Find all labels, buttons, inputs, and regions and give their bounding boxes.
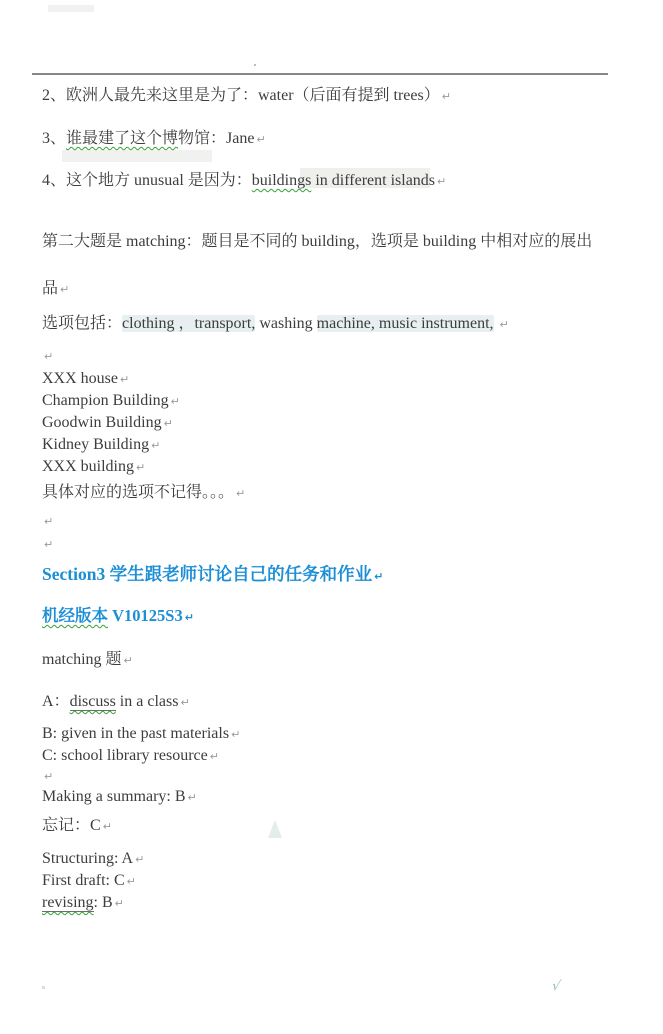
return-mark-icon: ↵ xyxy=(118,373,129,386)
matching-paragraph-line1: 第二大题是 matching：题目是不同的 building，选项是 build… xyxy=(42,232,592,252)
list-item: XXX building↵ xyxy=(42,456,180,478)
answer-summary: Making a summary: B↵ xyxy=(42,787,197,808)
list-item: Champion Building↵ xyxy=(42,390,180,412)
option-c: C: school library resource↵ xyxy=(42,745,240,767)
return-mark-icon: ↵ xyxy=(125,875,136,888)
return-mark-icon: ↵ xyxy=(42,770,53,783)
return-mark-icon: ↵ xyxy=(254,133,265,146)
version-number: V10125S3 xyxy=(108,606,183,625)
forgot-options-line: 具体对应的选项不记得。。。↵ xyxy=(42,483,245,504)
return-mark-icon: ↵ xyxy=(42,350,53,363)
section3-heading: Section3 学生跟老师讨论自己的任务和作业↵ xyxy=(42,563,383,588)
option-a-rest: in a class xyxy=(116,693,179,710)
document-page: √ 2、欧洲人最先来这里是为了：water（后面有提到 trees）↵ 3、谁最… xyxy=(0,0,663,1034)
options-highlight-2: machine, music instrument, xyxy=(317,315,494,332)
answer-revising-rest: : B xyxy=(94,894,113,911)
matching-label: matching 题↵ xyxy=(42,650,133,671)
return-mark-icon: ↵ xyxy=(101,820,112,833)
list-item: Goodwin Building↵ xyxy=(42,412,180,434)
answer-revising: revising: B↵ xyxy=(42,892,144,914)
question-3-prefix: 3、 xyxy=(42,130,66,147)
list-item: Kidney Building↵ xyxy=(42,434,180,456)
return-mark-icon: ↵ xyxy=(149,439,160,452)
return-mark-icon: ↵ xyxy=(113,897,124,910)
building-name: Goodwin Building xyxy=(42,414,162,431)
return-mark-icon: ↵ xyxy=(134,461,145,474)
option-a-underlined: discuss xyxy=(70,693,116,711)
return-mark-icon: ↵ xyxy=(186,791,197,804)
matching-paragraph-text: 第二大题是 matching：题目是不同的 building，选项是 build… xyxy=(42,233,592,250)
empty-paragraph: ↵ xyxy=(42,766,53,787)
return-mark-icon: ↵ xyxy=(42,538,53,551)
matching-label-text: matching 题 xyxy=(42,651,122,668)
answer-forget: 忘记：C↵ xyxy=(42,816,112,837)
forgot-options-text: 具体对应的选项不记得。。。 xyxy=(42,484,234,501)
list-item: XXX house↵ xyxy=(42,368,180,390)
return-mark-icon: ↵ xyxy=(122,654,133,667)
question-4-prefix: 4、这个地方 unusual 是因为： xyxy=(42,172,252,189)
answer-firstdraft-text: First draft: C xyxy=(42,872,125,889)
scan-artifact xyxy=(48,5,94,12)
answer-revising-underlined: revising xyxy=(42,894,94,912)
options-mid: washing xyxy=(255,315,316,332)
scan-artifact xyxy=(62,150,212,162)
option-b-text: B: given in the past materials xyxy=(42,725,229,742)
options-suffix xyxy=(494,315,498,332)
answer-summary-text: Making a summary: B xyxy=(42,788,186,805)
building-name: XXX house xyxy=(42,370,118,387)
scan-artifact xyxy=(254,64,256,66)
return-mark-icon: ↵ xyxy=(178,696,189,709)
options-highlight-1: clothing ，transport, xyxy=(122,315,255,332)
options-b-c: B: given in the past materials↵ C: schoo… xyxy=(42,723,240,767)
options-prefix: 选项包括： xyxy=(42,315,122,332)
return-mark-icon: ↵ xyxy=(229,728,240,741)
answer-firstdraft: First draft: C↵ xyxy=(42,870,144,892)
answer-structuring-text: Structuring: A xyxy=(42,850,133,867)
scan-artifact xyxy=(42,986,45,989)
return-mark-icon: ↵ xyxy=(372,570,383,583)
empty-paragraph: ↵ xyxy=(42,346,53,367)
building-name: XXX building xyxy=(42,458,134,475)
matching-paragraph-line2: 品↵ xyxy=(42,279,69,300)
section3-heading-text: Section3 学生跟老师讨论自己的任务和作业 xyxy=(42,564,372,584)
question-4-spellcheck-text: buildings xyxy=(252,172,312,189)
option-c-text: C: school library resource xyxy=(42,747,208,764)
question-3-rest: 物馆：Jane xyxy=(178,130,254,147)
return-mark-icon: ↵ xyxy=(498,318,509,331)
options-line: 选项包括：clothing ，transport, washing machin… xyxy=(42,314,509,335)
option-b: B: given in the past materials↵ xyxy=(42,723,240,745)
question-4: 4、这个地方 unusual 是因为：buildings in differen… xyxy=(42,171,446,192)
answer-forget-text: 忘记：C xyxy=(42,817,101,834)
buildings-list: XXX house↵ Champion Building↵ Goodwin Bu… xyxy=(42,368,180,478)
answer-block: Structuring: A↵ First draft: C↵ revising… xyxy=(42,848,144,914)
question-2-text: 2、欧洲人最先来这里是为了：water（后面有提到 trees） xyxy=(42,87,440,104)
return-mark-icon: ↵ xyxy=(162,417,173,430)
building-name: Kidney Building xyxy=(42,436,149,453)
scan-artifact-triangle xyxy=(268,820,282,838)
header-divider xyxy=(32,73,608,75)
return-mark-icon: ↵ xyxy=(183,611,194,624)
empty-paragraph: ↵ xyxy=(42,511,53,532)
return-mark-icon: ↵ xyxy=(440,90,451,103)
matching-paragraph-text2: 品 xyxy=(42,280,58,297)
question-3: 3、谁最建了这个博物馆：Jane↵ xyxy=(42,129,266,150)
building-name: Champion Building xyxy=(42,392,169,409)
check-mark-artifact: √ xyxy=(550,979,561,994)
question-4-rest: in different islands xyxy=(311,172,435,189)
return-mark-icon: ↵ xyxy=(42,515,53,528)
return-mark-icon: ↵ xyxy=(133,853,144,866)
option-a-prefix: A： xyxy=(42,693,70,710)
version-subheading: 机经版本 V10125S3↵ xyxy=(42,605,194,629)
return-mark-icon: ↵ xyxy=(169,395,180,408)
version-label-spellcheck: 机经版本 xyxy=(42,606,108,625)
question-2: 2、欧洲人最先来这里是为了：water（后面有提到 trees）↵ xyxy=(42,86,451,107)
return-mark-icon: ↵ xyxy=(435,175,446,188)
question-3-spellcheck-text: 谁最建了这个博 xyxy=(66,130,178,147)
return-mark-icon: ↵ xyxy=(234,487,245,500)
return-mark-icon: ↵ xyxy=(208,750,219,763)
empty-paragraph: ↵ xyxy=(42,534,53,555)
answer-structuring: Structuring: A↵ xyxy=(42,848,144,870)
option-a: A：discuss in a class↵ xyxy=(42,692,190,713)
return-mark-icon: ↵ xyxy=(58,283,69,296)
